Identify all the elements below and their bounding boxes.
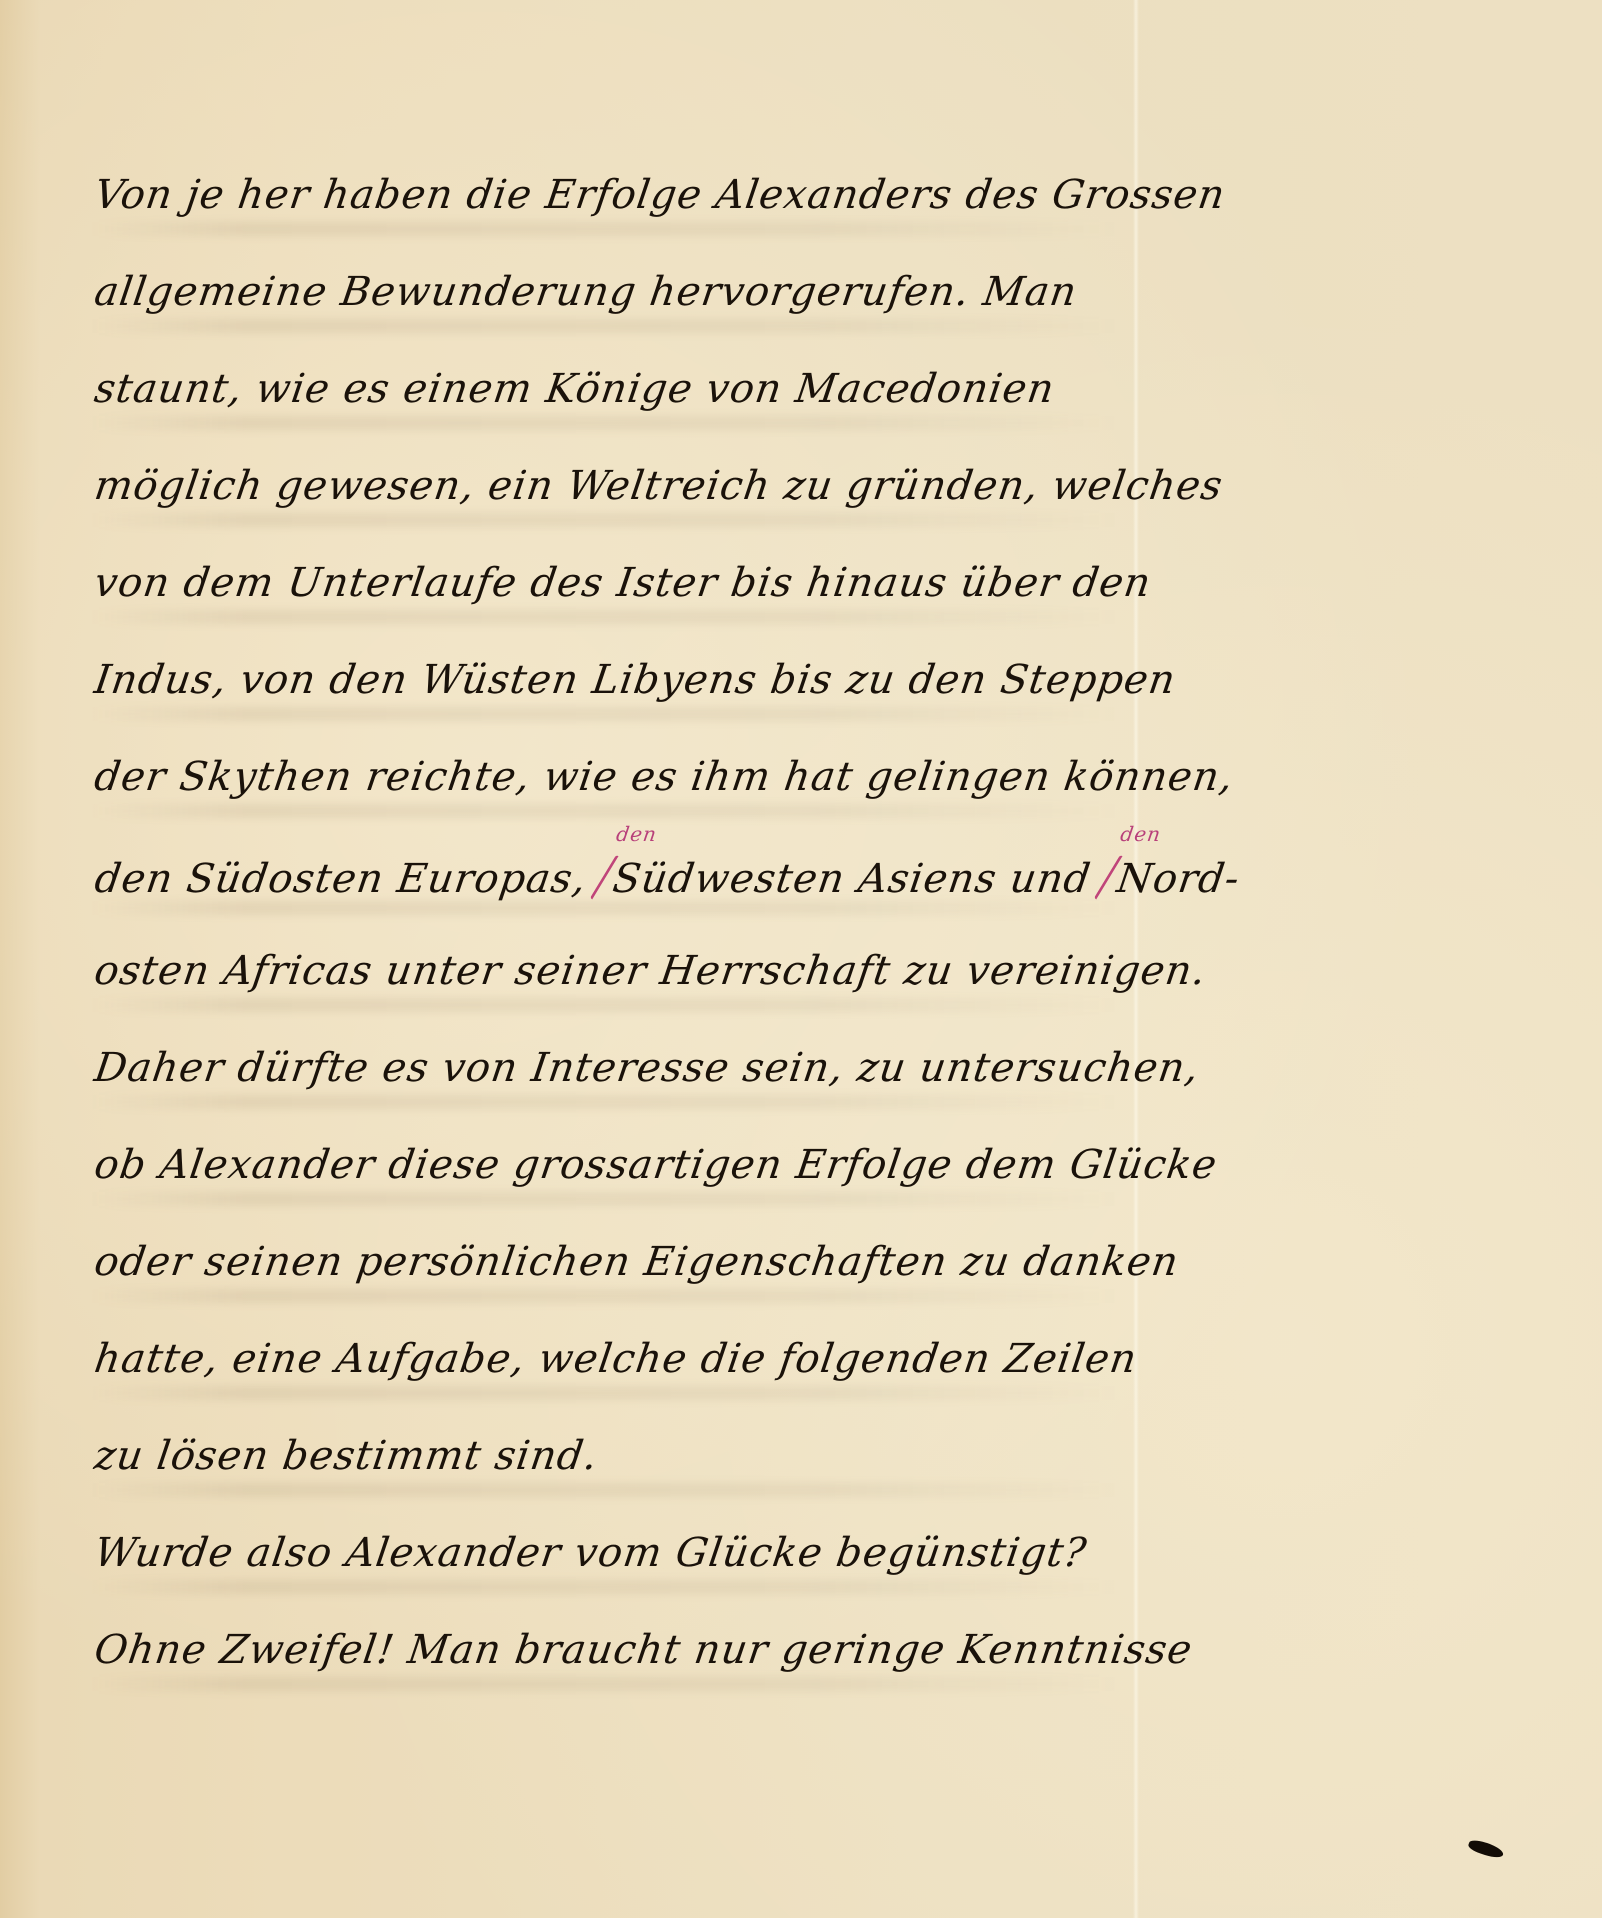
text-line: Wurde also Alexander vom Glücke begünsti… bbox=[92, 1533, 1089, 1573]
bleed-through-shadow bbox=[90, 804, 1122, 818]
bleed-through-shadow bbox=[90, 1192, 1122, 1206]
text-segment: Nord- bbox=[1114, 856, 1243, 902]
text-line: osten Africas unter seiner Herrschaft zu… bbox=[92, 951, 1209, 991]
correction-insert-word: den bbox=[1119, 824, 1162, 844]
text-line: der Skythen reichte, wie es ihm hat geli… bbox=[92, 757, 1236, 797]
bleed-through-shadow bbox=[90, 1095, 1122, 1109]
text-line: Indus, von den Wüsten Libyens bis zu den… bbox=[92, 660, 1178, 700]
text-line: möglich gewesen, ein Weltreich zu gründe… bbox=[92, 466, 1225, 506]
text-segment: den Südosten Europas, bbox=[92, 856, 603, 902]
bleed-through-shadow bbox=[90, 1580, 1122, 1594]
text-line: allgemeine Bewunderung hervorgerufen. Ma… bbox=[92, 272, 1080, 312]
text-line-with-corrections: den Südosten Europas, denSüdwesten Asien… bbox=[92, 854, 1243, 902]
text-line: hatte, eine Aufgabe, welche die folgende… bbox=[92, 1339, 1140, 1379]
text-line: Von je her haben die Erfolge Alexanders … bbox=[92, 175, 1228, 215]
text-line: Ohne Zweifel! Man braucht nur geringe Ke… bbox=[92, 1630, 1195, 1670]
bleed-through-shadow bbox=[90, 319, 1122, 333]
bleed-through-shadow bbox=[90, 416, 1122, 430]
text-line: staunt, wie es einem Könige von Macedoni… bbox=[92, 369, 1057, 409]
manuscript-page: Von je her haben die Erfolge Alexanders … bbox=[0, 0, 1602, 1918]
text-line: ob Alexander diese grossartigen Erfolge … bbox=[92, 1145, 1220, 1185]
bleed-through-shadow bbox=[90, 610, 1122, 624]
correction-insert-word: den bbox=[615, 824, 658, 844]
text-line: von dem Unterlaufe des Ister bis hinaus … bbox=[92, 563, 1154, 603]
bleed-through-shadow bbox=[90, 1483, 1122, 1497]
bleed-through-shadow bbox=[90, 998, 1122, 1012]
text-segment: Südwesten Asiens und bbox=[610, 856, 1108, 902]
text-line: zu lösen bestimmt sind. bbox=[92, 1436, 600, 1476]
text-line: oder seinen persönlichen Eigenschaften z… bbox=[92, 1242, 1181, 1282]
bleed-through-shadow bbox=[90, 513, 1122, 527]
bleed-through-shadow bbox=[90, 1289, 1122, 1303]
bleed-through-shadow bbox=[90, 1677, 1122, 1691]
bleed-through-shadow bbox=[90, 1386, 1122, 1400]
ink-blot-icon bbox=[1467, 1838, 1505, 1861]
bleed-through-shadow bbox=[90, 901, 1122, 915]
bleed-through-shadow bbox=[90, 222, 1122, 236]
text-line: Daher dürfte es von Interesse sein, zu u… bbox=[92, 1048, 1202, 1088]
bleed-through-shadow bbox=[90, 707, 1122, 721]
